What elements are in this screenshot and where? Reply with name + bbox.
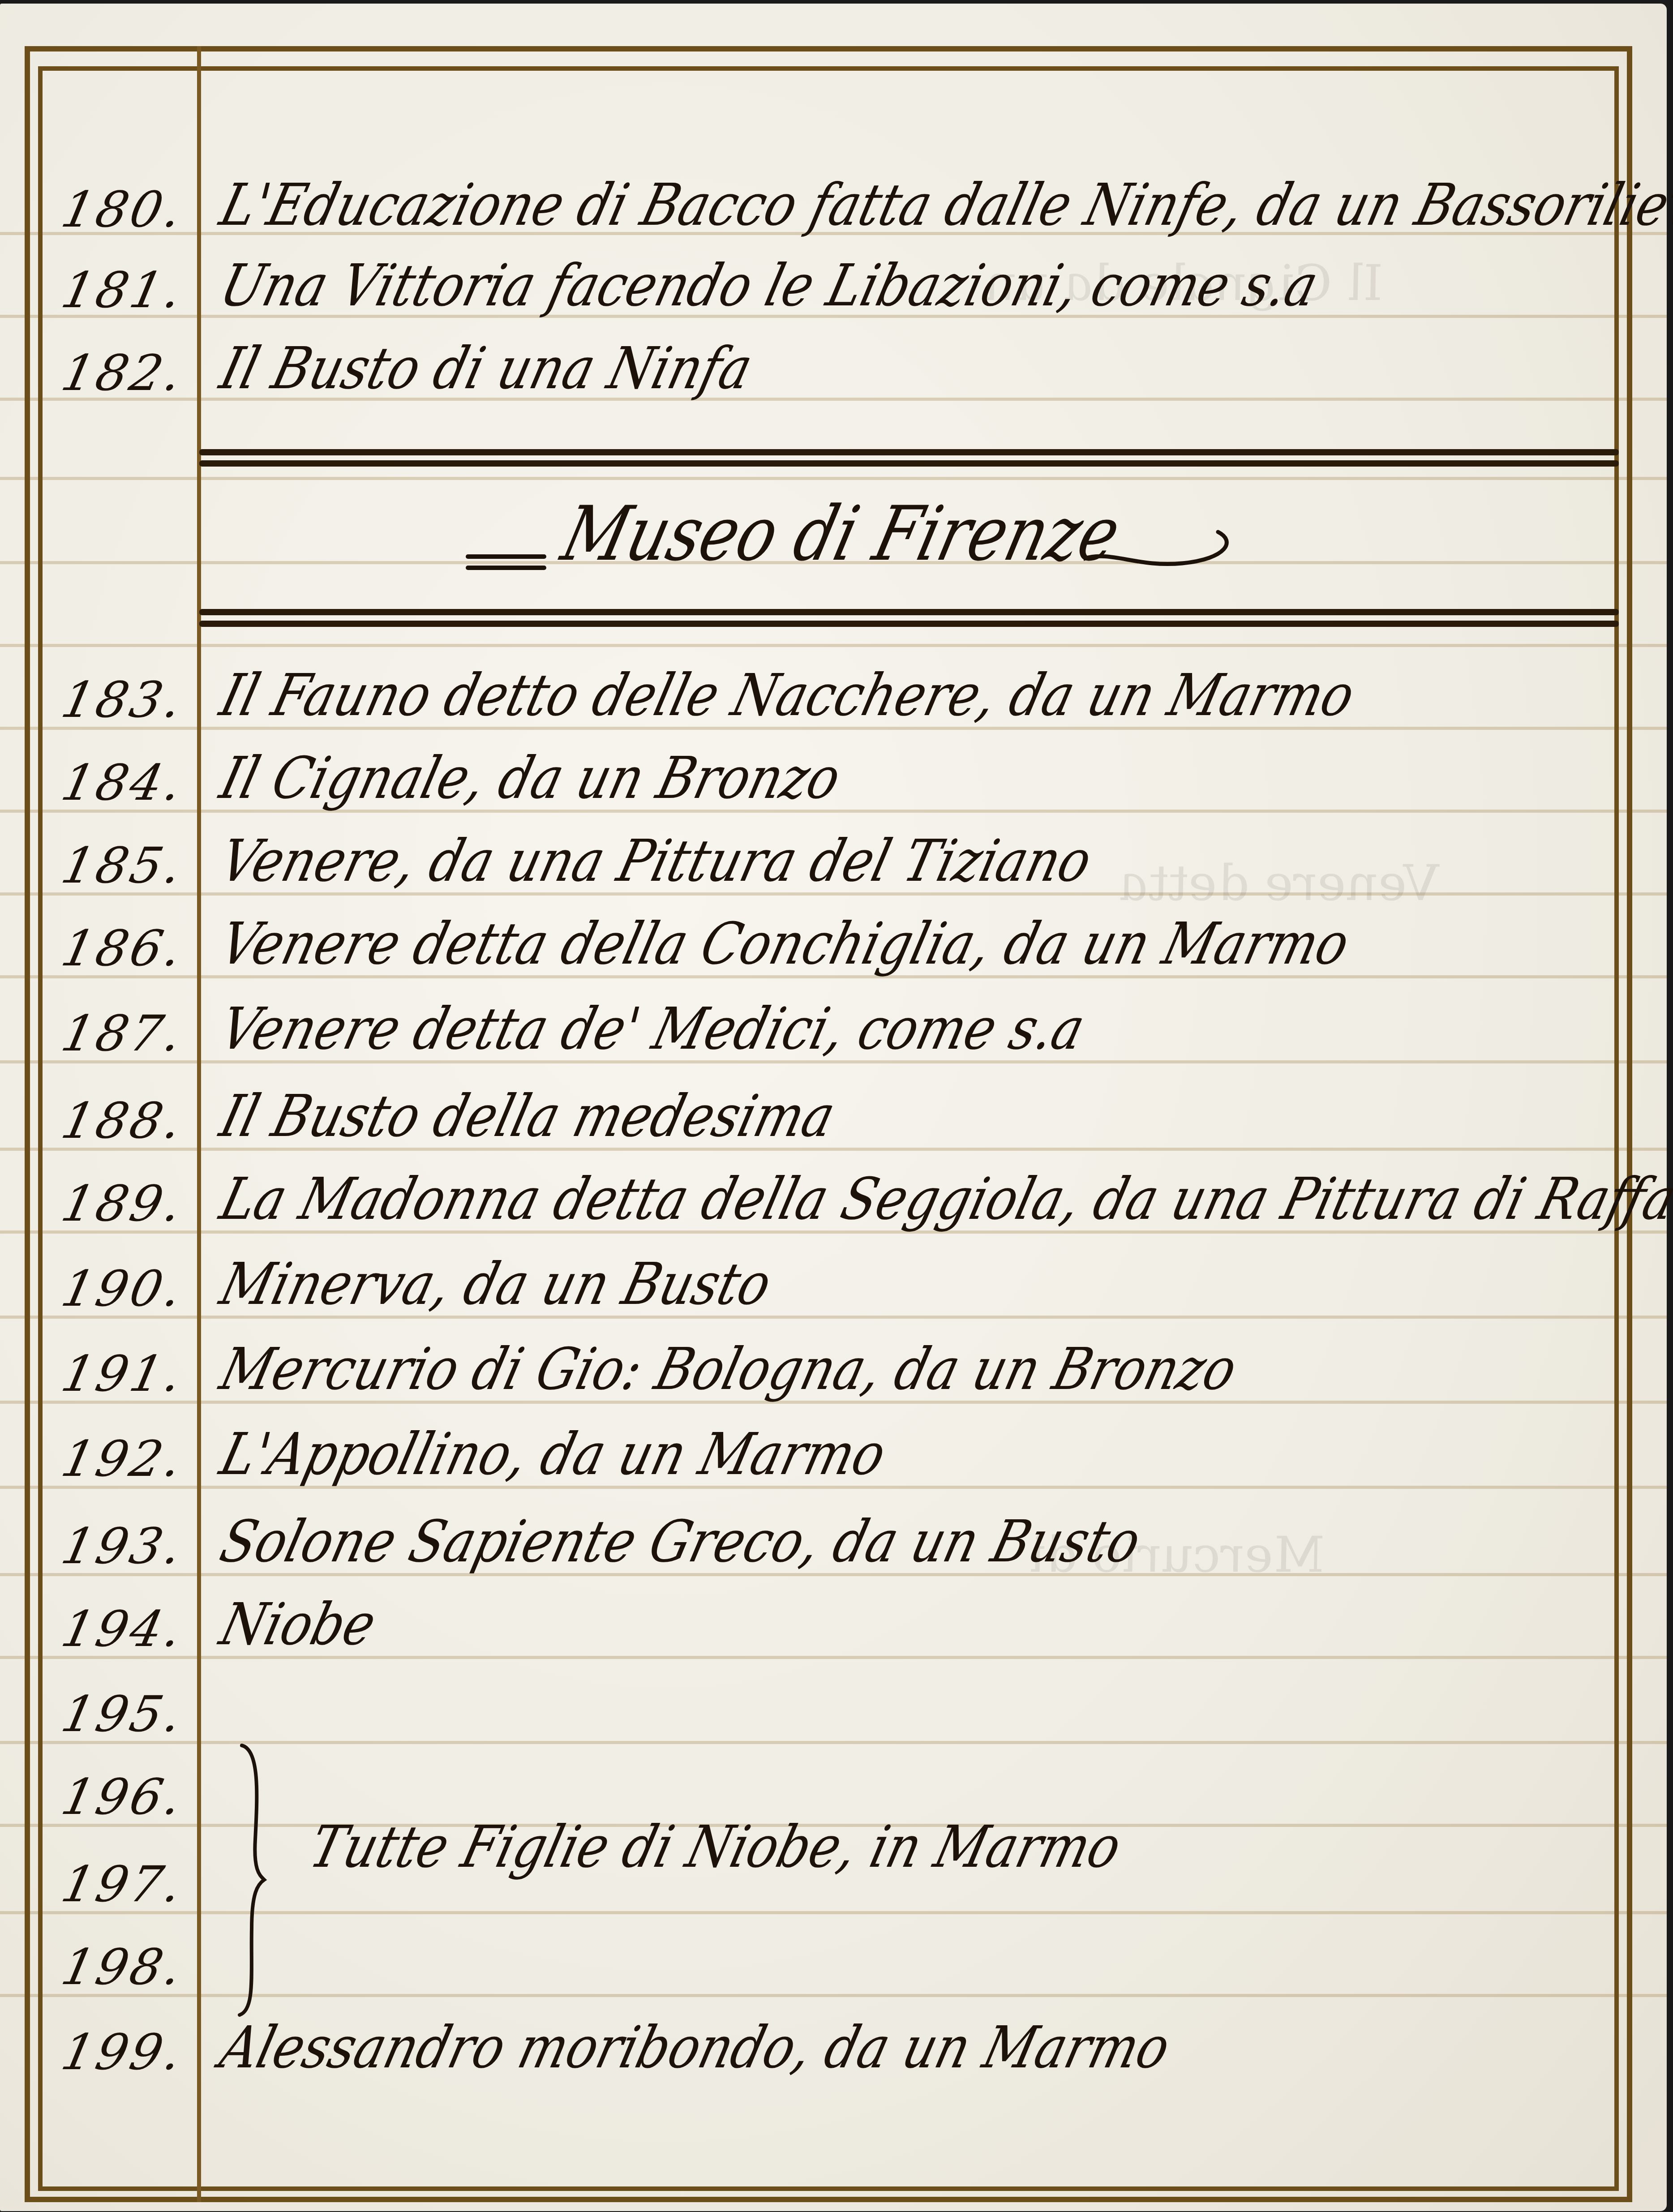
section-rule <box>199 449 1619 455</box>
list-item: 192. L'Appollino, da un Marmo <box>0 1407 1612 1483</box>
list-item: 185. Venere, da una Pittura del Tiziano <box>0 814 1612 890</box>
list-item: 190. Minerva, da un Busto <box>0 1237 1612 1313</box>
entry-number: 190. <box>57 1264 197 1313</box>
entry-text: Il Busto di una Ninfa <box>215 340 758 398</box>
entry-text: Mercurio di Gio: Bologna, da un Bronzo <box>215 1341 1242 1398</box>
list-item: 199. Alessandro moribondo, da un Marmo <box>0 2001 1612 2077</box>
entry-number: 199. <box>57 2028 197 2077</box>
list-item: 180. L'Educazione di Bacco fatta dalle N… <box>0 158 1612 234</box>
entry-number: 184. <box>57 758 197 807</box>
entry-number: 195. <box>57 1689 197 1739</box>
section-rule <box>199 609 1619 615</box>
list-item: 194. Niobe <box>0 1578 1612 1654</box>
list-item: 189. La Madonna detta della Seggiola, da… <box>0 1152 1612 1228</box>
entry-number: 197. <box>57 1860 197 1909</box>
entry-text: Il Cignale, da un Bronzo <box>215 750 846 807</box>
list-item: 181. Una Vittoria facendo le Libazioni, … <box>0 239 1612 315</box>
entry-number: 181. <box>57 266 197 315</box>
list-item: 183. Il Fauno detto delle Nacchere, da u… <box>0 648 1612 724</box>
list-item: 188. Il Busto della medesima <box>0 1069 1612 1145</box>
entry-number: 186. <box>57 924 197 973</box>
entry-number: 196. <box>57 1772 197 1822</box>
entry-number: 180. <box>57 185 197 234</box>
list-item: 187. Venere detta de' Medici, come s.a <box>0 982 1612 1058</box>
entry-text: Venere detta de' Medici, come s.a <box>215 1000 1090 1058</box>
section-title: Museo di Firenze <box>555 497 1127 572</box>
entry-text: Il Fauno detto delle Nacchere, da un Mar… <box>215 667 1360 724</box>
section-header: Museo di Firenze <box>466 505 1272 586</box>
list-item: 191. Mercurio di Gio: Bologna, da un Bro… <box>0 1322 1612 1398</box>
list-item: 186. Venere detta della Conchiglia, da u… <box>0 897 1612 973</box>
list-item: 182. Il Busto di una Ninfa <box>0 322 1612 398</box>
entry-text: Il Busto della medesima <box>215 1088 840 1145</box>
entry-number: 189. <box>57 1179 197 1228</box>
entry-number: 193. <box>57 1522 197 1571</box>
entry-text: L'Educazione di Bacco fatta dalle Ninfe,… <box>215 176 1673 234</box>
entry-number: 182. <box>57 348 197 398</box>
entry-number: 187. <box>57 1009 197 1058</box>
entry-text: Niobe <box>215 1596 381 1654</box>
entry-number: 183. <box>57 675 197 724</box>
entry-text: Una Vittoria facendo le Libazioni, come … <box>215 257 1323 315</box>
entry-text: Venere, da una Pittura del Tiziano <box>215 832 1097 890</box>
list-item: 184. Il Cignale, da un Bronzo <box>0 731 1612 807</box>
entry-text: L'Appollino, da un Marmo <box>215 1426 891 1483</box>
section-rule <box>199 621 1619 627</box>
entry-number: 192. <box>57 1434 197 1483</box>
list-item: 195. <box>0 1663 1612 1739</box>
entry-text: La Madonna detta della Seggiola, da una … <box>215 1170 1673 1228</box>
entry-text: Solone Sapiente Greco, da un Busto <box>215 1513 1146 1571</box>
group-entry-text: Tutte Figlie di Niobe, in Marmo <box>305 1818 1126 1876</box>
entry-number: 198. <box>57 1942 197 1992</box>
curly-brace-icon <box>237 1741 273 2019</box>
entry-text: Minerva, da un Busto <box>215 1256 776 1313</box>
entry-number: 194. <box>57 1604 197 1654</box>
manuscript-page: Il Cignale da un Venere detta Mercurio d… <box>0 4 1667 2211</box>
entry-number: 188. <box>57 1096 197 1145</box>
section-rule <box>199 460 1619 467</box>
header-dash-ornament <box>466 554 546 568</box>
entry-number: 185. <box>57 841 197 890</box>
swash-ornament-icon <box>1084 523 1254 577</box>
entry-number: 191. <box>57 1349 197 1398</box>
list-item: 193. Solone Sapiente Greco, da un Busto <box>0 1495 1612 1571</box>
entry-text: Venere detta della Conchiglia, da un Mar… <box>215 915 1355 973</box>
entry-text: Alessandro moribondo, da un Marmo <box>215 2019 1175 2077</box>
